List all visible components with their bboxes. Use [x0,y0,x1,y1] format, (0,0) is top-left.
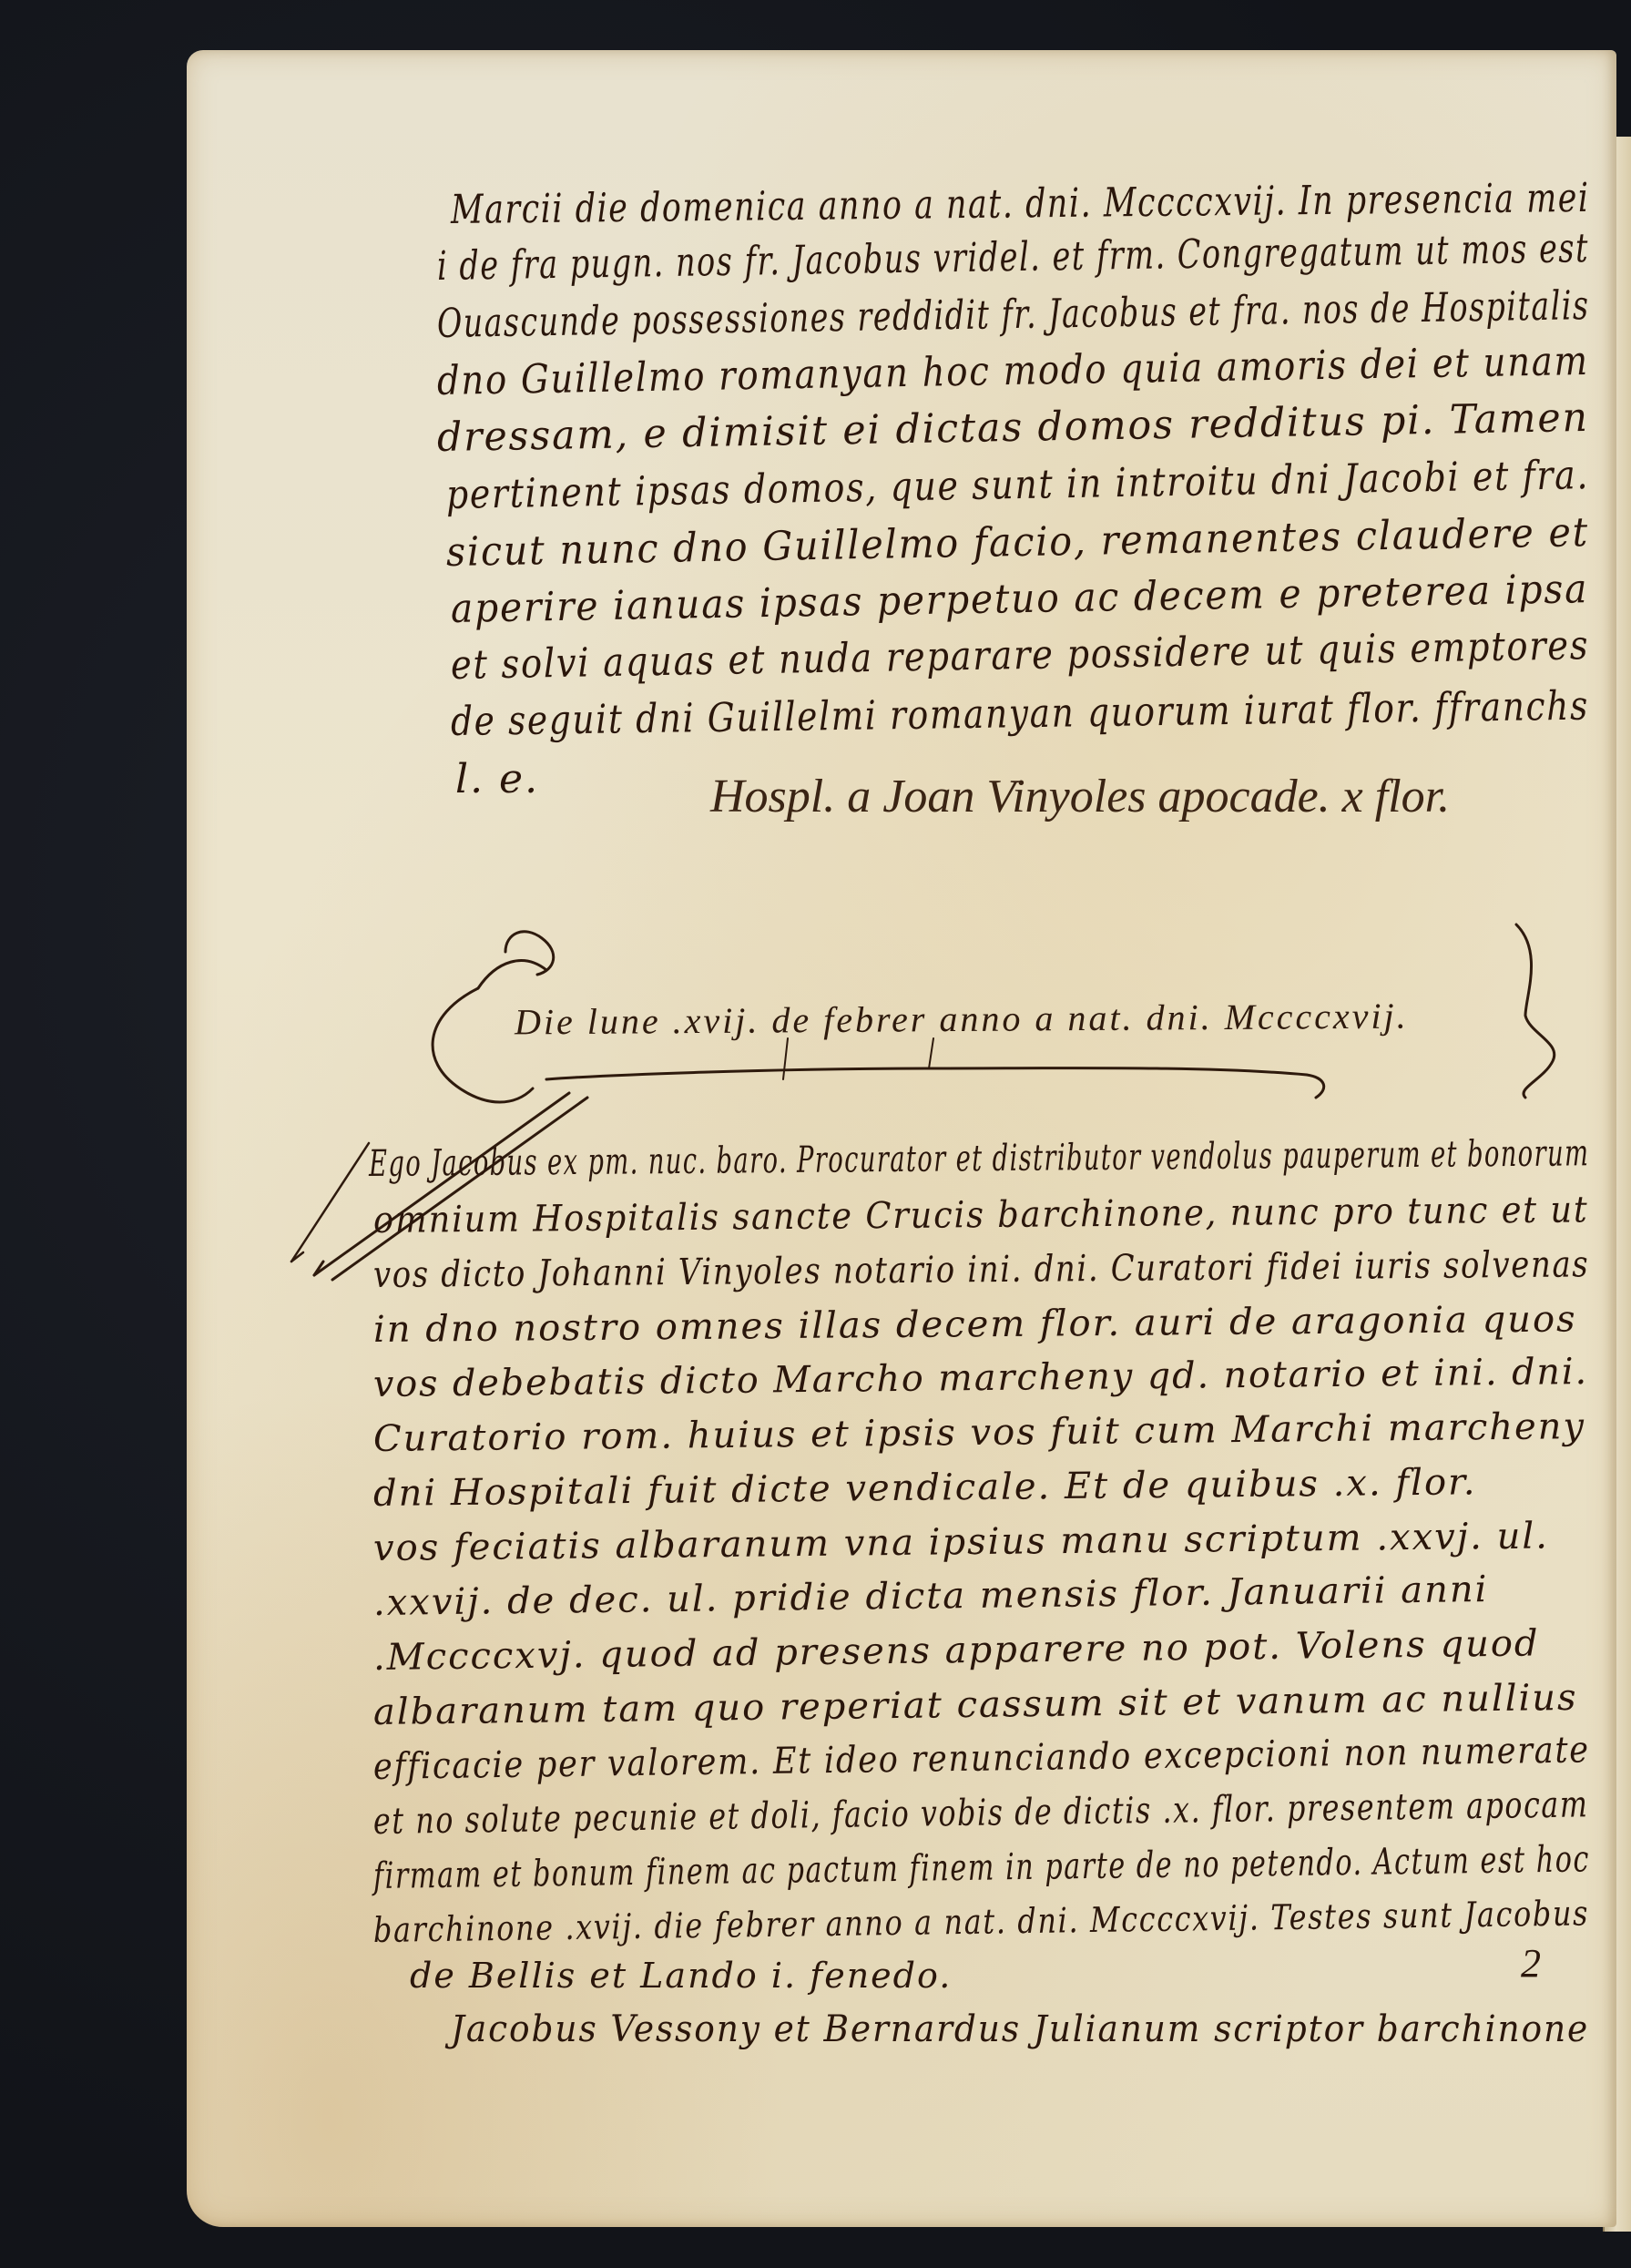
text-line: dressam, e dimisit ei dictas domos reddi… [437,394,1590,461]
text-line: pertinent ipsas domos, que sunt in intro… [446,452,1590,518]
text-line: Marcii die domenica anno a nat. dni. Mcc… [451,175,1590,233]
folio-mark: 2 [1521,1940,1541,1987]
text-line: .Mccccxvj. quod ad presens apparere no p… [373,1622,1540,1679]
text-line: l. e. [455,756,539,802]
text-line: vos debebatis dicto Marcho marcheny qd. … [373,1351,1589,1405]
text-line: albaranum tam quo reperiat cassum sit et… [373,1677,1578,1733]
text-line: et solvi aquas et nuda reparare possider… [451,622,1590,689]
text-line: dno Guillelmo romanyan hoc modo quia amo… [437,338,1590,404]
margin-note: Hospl. a Joan Vinyoles apocade. x flor. [710,770,1450,823]
text-line: aperire ianuas ipsas perpetuo ac decem e… [451,566,1589,632]
text-line: in dno nostro omnes illas decem flor. au… [373,1298,1577,1351]
text-line: efficacie per valorem. Et ideo renuncian… [373,1729,1590,1788]
text-line: vos dicto Johanni Vinyoles notario ini. … [373,1243,1590,1296]
text-line: firmam et bonum finem ac pactum finem in… [373,1838,1590,1897]
text-line: vos feciatis albaranum vna ipsius manu s… [373,1515,1549,1569]
text-line: Curatorio rom. huius et ipsis vos fuit c… [373,1405,1585,1460]
text-line: i de fra pugn. nos fr. Jacobus vridel. e… [437,225,1590,290]
text-line: .xxvij. de dec. ul. pridie dicta mensis … [373,1568,1489,1624]
text-line: dni Hospitali fuit dicte vendicale. Et d… [373,1461,1477,1515]
text-line: barchinone .xvij. die febrer anno a nat.… [373,1893,1590,1950]
text-line: omnium Hospitalis sancte Crucis barchino… [373,1189,1589,1241]
text-line: Jacobus Vessony et Bernardus Julianum sc… [451,2008,1589,2050]
text-line: de Bellis et Lando i. fenedo. [410,1956,952,1996]
text-line: Ego Jacobus ex pm. nuc. baro. Procurator… [369,1132,1590,1185]
manuscript-page: Marcii die domenica anno a nat. dni. Mcc… [187,50,1616,2227]
date-heading: Die lune .xvij. de febrer anno a nat. dn… [515,995,1409,1044]
text-line: Ouascunde possessiones reddidit fr. Jaco… [437,282,1590,347]
text-line: et no solute pecunie et doli, facio vobi… [373,1783,1589,1843]
text-line: sicut nunc dno Guillelmo facio, remanent… [446,509,1590,576]
text-line: de seguit dni Guillelmi romanyan quorum … [451,683,1590,745]
